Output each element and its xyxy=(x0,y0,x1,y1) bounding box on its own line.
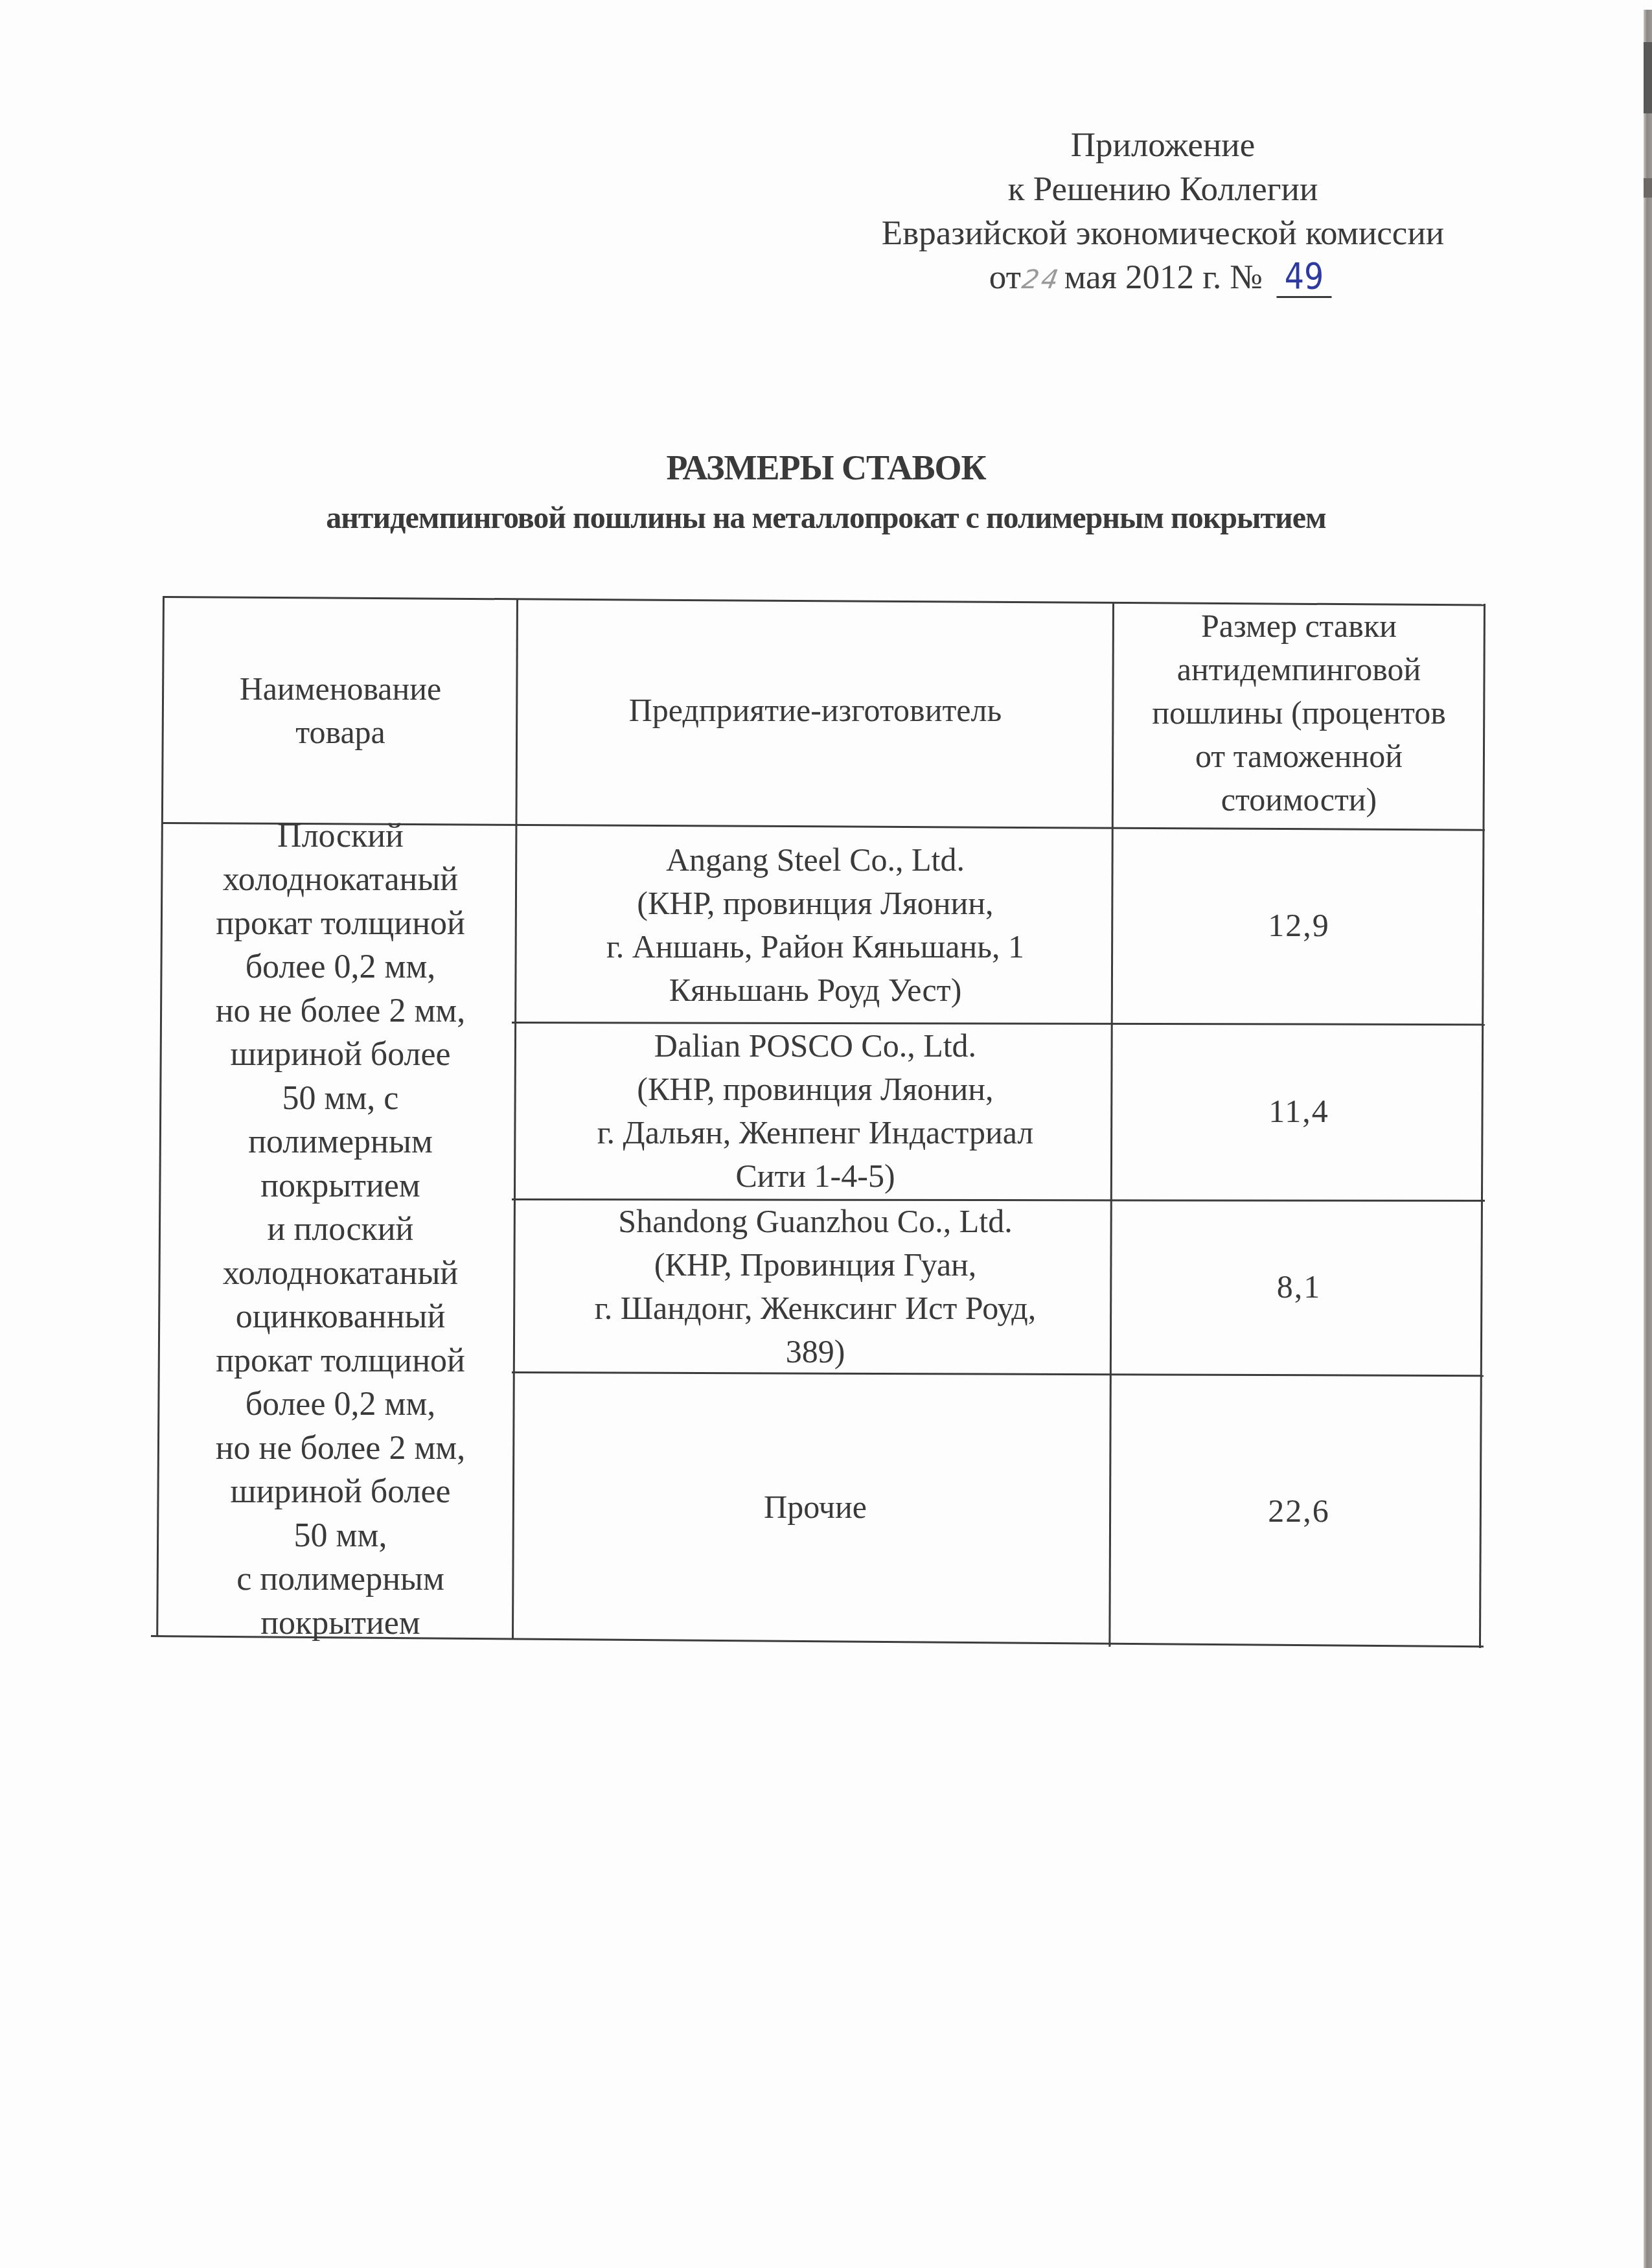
header-manufacturer: Предприятие-изготовитель xyxy=(518,599,1112,822)
annex-header: Приложение к Решению Коллегии Евразийско… xyxy=(803,123,1522,302)
table-row-manufacturer: Прочие xyxy=(518,1373,1112,1640)
header-rate: Размер ставкиантидемпинговойпошлины (про… xyxy=(1114,601,1484,825)
header-line: стоимости) xyxy=(1152,778,1446,821)
header-line: Размер ставки xyxy=(1152,604,1446,648)
date-rest: мая 2012 г. № xyxy=(1064,258,1263,296)
scan-edge xyxy=(1644,10,1652,2268)
handwritten-decision-number: 49 xyxy=(1277,257,1332,298)
product-line: Плоский xyxy=(216,814,465,858)
rate-value: 12,9 xyxy=(1268,904,1330,947)
scan-edge-shadow xyxy=(1644,42,1652,113)
annex-line-2: к Решению Коллегии xyxy=(803,167,1522,211)
rate-value: 11,4 xyxy=(1268,1090,1329,1133)
handwritten-day: 24 xyxy=(1018,258,1064,302)
annex-line-1: Приложение xyxy=(803,123,1522,167)
manufacturer-line: Shandong Guanzhou Co., Ltd. xyxy=(595,1200,1036,1243)
product-description-cell: Плоскийхолоднокатаныйпрокат толщинойболе… xyxy=(165,821,516,1638)
product-description: Плоскийхолоднокатаныйпрокат толщинойболе… xyxy=(216,814,465,1645)
table-row-rate: 12,9 xyxy=(1114,828,1484,1022)
header-line: товара xyxy=(240,711,442,754)
header-line: Наименование xyxy=(240,667,442,711)
table-row-rate: 22,6 xyxy=(1114,1375,1484,1647)
manufacturer-name: Прочие xyxy=(764,1485,867,1529)
header-rate-text: Размер ставкиантидемпинговойпошлины (про… xyxy=(1152,604,1446,821)
header-product: Наименованиетовара xyxy=(165,599,516,822)
manufacturer-line: г. Аншань, Район Кяньшань, 1 xyxy=(606,925,1024,968)
product-line: шириной более xyxy=(216,1470,465,1514)
product-line: шириной более xyxy=(216,1033,465,1077)
header-line: от таможенной xyxy=(1152,735,1446,778)
product-line: 50 мм, xyxy=(216,1514,465,1558)
product-line: более 0,2 мм, xyxy=(216,1382,465,1426)
scan-edge-shadow xyxy=(1644,178,1652,198)
manufacturer-line: (КНР, провинция Ляонин, xyxy=(606,882,1024,925)
table-row-manufacturer: Dalian POSCO Co., Ltd.(КНР, провинция Ля… xyxy=(518,1024,1112,1198)
date-prefix: от xyxy=(989,258,1021,296)
table-row-rate: 11,4 xyxy=(1114,1024,1484,1198)
table-row-manufacturer: Angang Steel Co., Ltd.(КНР, провинция Ля… xyxy=(518,828,1112,1022)
product-line: прокат толщиной xyxy=(216,1339,465,1383)
annex-line-3: Евразийской экономической комиссии xyxy=(803,211,1522,255)
product-line: покрытием xyxy=(216,1164,465,1208)
manufacturer-name: Dalian POSCO Co., Ltd.(КНР, провинция Ля… xyxy=(597,1024,1034,1198)
table-row-rate: 8,1 xyxy=(1114,1200,1484,1373)
header-line: пошлины (процентов xyxy=(1152,691,1446,735)
rate-value: 8,1 xyxy=(1277,1265,1322,1309)
manufacturer-line: Прочие xyxy=(764,1485,867,1529)
manufacturer-line: Сити 1-4-5) xyxy=(597,1154,1034,1198)
product-line: с полимерным xyxy=(216,1557,465,1601)
manufacturer-line: г. Шандонг, Женксинг Ист Роуд, xyxy=(595,1287,1036,1330)
document-subtitle: антидемпинговой пошлины на металлопрокат… xyxy=(0,498,1652,539)
table-border-left xyxy=(156,596,165,1636)
product-line: оцинкованный xyxy=(216,1295,465,1339)
manufacturer-name: Shandong Guanzhou Co., Ltd.(КНР, Провинц… xyxy=(595,1200,1036,1373)
product-line: полимерным xyxy=(216,1120,465,1164)
manufacturer-line: (КНР, провинция Ляонин, xyxy=(597,1068,1034,1111)
product-line: более 0,2 мм, xyxy=(216,945,465,989)
product-line: 50 мм, с xyxy=(216,1077,465,1121)
header-manufacturer-text: Предприятие-изготовитель xyxy=(629,689,1002,732)
document-title: РАЗМЕРЫ СТАВОК xyxy=(0,447,1652,488)
product-line: покрытием xyxy=(216,1601,465,1645)
rate-value: 22,6 xyxy=(1268,1489,1330,1533)
product-line: но не более 2 мм, xyxy=(216,989,465,1033)
product-line: и плоский xyxy=(216,1208,465,1252)
product-line: но не более 2 мм, xyxy=(216,1426,465,1471)
manufacturer-line: Кяньшань Роуд Уест) xyxy=(606,968,1024,1012)
manufacturer-line: г. Дальян, Женпенг Индастриал xyxy=(597,1111,1034,1154)
header-line: Предприятие-изготовитель xyxy=(629,689,1002,732)
table-row-manufacturer: Shandong Guanzhou Co., Ltd.(КНР, Провинц… xyxy=(518,1200,1112,1373)
annex-date-line: от24мая 2012 г. №49 xyxy=(803,255,1522,302)
manufacturer-line: Dalian POSCO Co., Ltd. xyxy=(597,1024,1034,1068)
product-line: холоднокатаный xyxy=(216,858,465,902)
manufacturer-name: Angang Steel Co., Ltd.(КНР, провинция Ля… xyxy=(606,838,1024,1012)
manufacturer-line: 389) xyxy=(595,1330,1036,1373)
header-line: антидемпинговой xyxy=(1152,648,1446,691)
manufacturer-line: Angang Steel Co., Ltd. xyxy=(606,838,1024,882)
manufacturer-line: (КНР, Провинция Гуан, xyxy=(595,1243,1036,1287)
header-product-text: Наименованиетовара xyxy=(240,667,442,754)
product-line: прокат толщиной xyxy=(216,902,465,946)
product-line: холоднокатаный xyxy=(216,1252,465,1296)
